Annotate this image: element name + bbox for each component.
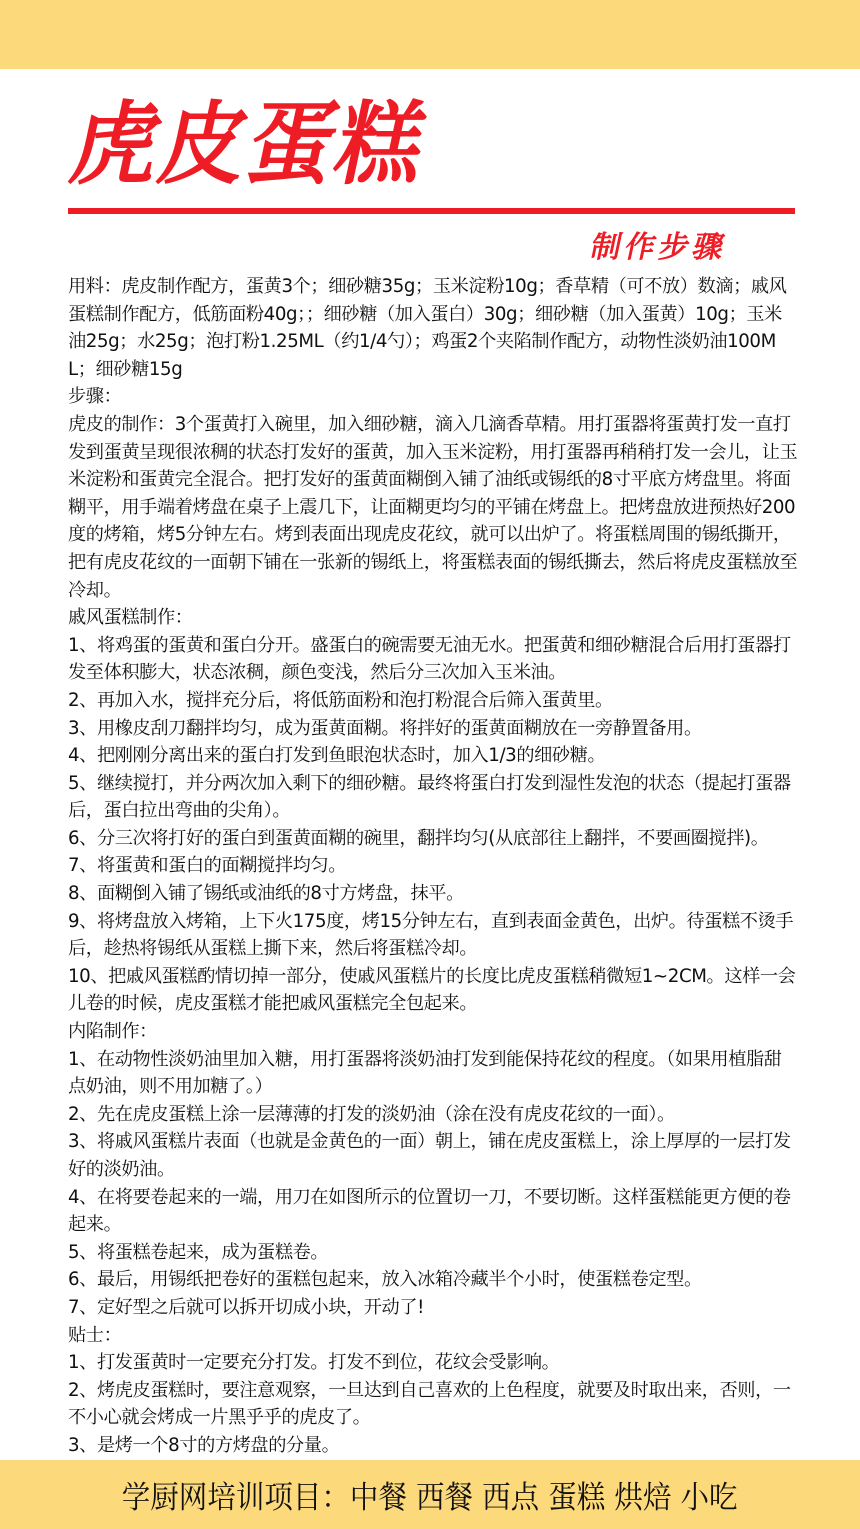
filling-heading: 内陷制作： [68, 1018, 798, 1046]
list-item: 5、继续搅打，并分两次加入剩下的细砂糖。最终将蛋白打发到湿性发泡的状态（提起打蛋… [68, 770, 798, 825]
list-item: 5、将蛋糕卷起来，成为蛋糕卷。 [68, 1239, 798, 1267]
list-item: 3、用橡皮刮刀翻拌均匀，成为蛋黄面糊。将拌好的蛋黄面糊放在一旁静置备用。 [68, 715, 798, 743]
list-item: 8、面糊倒入铺了锡纸或油纸的8寸方烤盘，抹平。 [68, 880, 798, 908]
list-item: 6、最后，用锡纸把卷好的蛋糕包起来，放入冰箱冷藏半个小时，使蛋糕卷定型。 [68, 1266, 798, 1294]
footer-text: 学厨网培训项目：中餐 西餐 西点 蛋糕 烘焙 小吃 [122, 1472, 738, 1517]
list-item: 3、将戚风蛋糕片表面（也就是金黄色的一面）朝上，铺在虎皮蛋糕上，涂上厚厚的一层打… [68, 1128, 798, 1183]
list-item: 7、定好型之后就可以拆开切成小块，开动了! [68, 1294, 798, 1322]
list-item: 1、将鸡蛋的蛋黄和蛋白分开。盛蛋白的碗需要无油无水。把蛋黄和细砂糖混合后用打蛋器… [68, 632, 798, 687]
list-item: 7、将蛋黄和蛋白的面糊搅拌均匀。 [68, 852, 798, 880]
ingredients-text: 用料：虎皮制作配方，蛋黄3个；细砂糖35g；玉米淀粉10g；香草精（可不放）数滴… [68, 273, 798, 383]
list-item: 1、打发蛋黄时一定要充分打发。打发不到位，花纹会受影响。 [68, 1349, 798, 1377]
list-item: 9、将烤盘放入烤箱，上下火175度，烤15分钟左右，直到表面金黄色，出炉。待蛋糕… [68, 908, 798, 963]
list-item: 4、把刚刚分离出来的蛋白打发到鱼眼泡状态时，加入1/3的细砂糖。 [68, 742, 798, 770]
top-banner [0, 0, 860, 69]
list-item: 6、分三次将打好的蛋白到蛋黄面糊的碗里，翻拌均匀(从底部往上翻拌，不要画圈搅拌)… [68, 825, 798, 853]
tiger-skin-text: 虎皮的制作：3个蛋黄打入碗里，加入细砂糖，滴入几滴香草精。用打蛋器将蛋黄打发一直… [68, 411, 798, 604]
page-title: 虎皮蛋糕 [64, 100, 435, 190]
list-item: 3、是烤一个8寸的方烤盘的分量。 [68, 1432, 798, 1460]
tips-heading: 贴士： [68, 1322, 798, 1350]
list-item: 2、先在虎皮蛋糕上涂一层薄薄的打发的淡奶油（涂在没有虎皮花纹的一面）。 [68, 1101, 798, 1129]
recipe-body: 用料：虎皮制作配方，蛋黄3个；细砂糖35g；玉米淀粉10g；香草精（可不放）数滴… [68, 273, 798, 1515]
list-item: 4、在将要卷起来的一端，用刀在如图所示的位置切一刀，不要切断。这样蛋糕能更方便的… [68, 1184, 798, 1239]
footer-banner: 学厨网培训项目：中餐 西餐 西点 蛋糕 烘焙 小吃 [0, 1460, 860, 1529]
title-divider [68, 208, 795, 214]
page-subtitle: 制作步骤 [587, 222, 732, 266]
list-item: 2、再加入水，搅拌充分后，将低筋面粉和泡打粉混合后筛入蛋黄里。 [68, 687, 798, 715]
list-item: 10、把戚风蛋糕酌情切掉一部分，使戚风蛋糕片的长度比虎皮蛋糕稍微短1~2CM。这… [68, 963, 798, 1018]
steps-heading: 步骤： [68, 383, 798, 411]
list-item: 1、在动物性淡奶油里加入糖，用打蛋器将淡奶油打发到能保持花纹的程度。（如果用植脂… [68, 1046, 798, 1101]
list-item: 2、烤虎皮蛋糕时，要注意观察，一旦达到自己喜欢的上色程度，就要及时取出来，否则，… [68, 1377, 798, 1432]
chiffon-heading: 戚风蛋糕制作： [68, 604, 798, 632]
